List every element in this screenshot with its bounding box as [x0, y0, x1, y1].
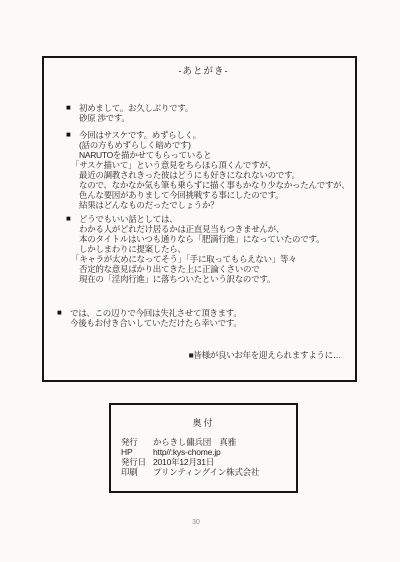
bullet-square-icon: ■	[66, 103, 79, 113]
scanned-doujinshi-page: -あとがき- ■初めまして。お久しぶりです。砂原 渉です。■今回はサスケです。め…	[0, 0, 400, 562]
colophon-row: 発行日2010年12月31日	[121, 457, 296, 467]
afterword-box: -あとがき- ■初めまして。お久しぶりです。砂原 渉です。■今回はサスケです。め…	[42, 56, 357, 382]
text-line: わかる人がどれだけ居るかは正直見当もつきませんが、	[79, 224, 341, 234]
colophon-label: 発行日	[121, 457, 153, 467]
colophon-value: 2010年12月31日	[153, 457, 214, 467]
text-line: 初めまして。お久しぶりです。	[79, 103, 341, 113]
bullet-block: ■どうでもいい話としては、わかる人がどれだけ居るかは正直見当もつきませんが、本の…	[66, 214, 341, 284]
text-line: では、この辺りで今回は失礼させて頂きます。	[70, 308, 341, 318]
text-line: しかしまわりに提案したら、	[79, 244, 341, 254]
text-line: 色んな要因がありまして今回挑戦する事にしたのです。	[79, 190, 341, 200]
text-line: 今回はサスケです。めずらしく。	[79, 130, 341, 140]
text-line: 現在の「淫肉行進」に落ちついたという訳なのです。	[79, 274, 341, 284]
bullet-block: ■今回はサスケです。めずらしく。(話の方もめずらしく暗めです)NARUTOを描か…	[66, 130, 341, 210]
bullet-block: ■初めまして。お久しぶりです。砂原 渉です。	[66, 103, 341, 123]
bullet-square-icon: ■	[66, 130, 79, 140]
colophon-value: プリンティングイン株式会社	[153, 467, 259, 477]
page-number: 30	[0, 519, 392, 527]
text-line: (話の方もめずらしく暗めです)	[79, 140, 341, 150]
closing-line: ■皆様が良いお年を迎えられますように…	[66, 350, 341, 360]
colophon-value: からきし傭兵団 真雅	[153, 437, 236, 447]
colophon-label: 印刷	[121, 467, 153, 477]
bullet-square-icon: ■	[66, 214, 79, 224]
text-line: 「サスケ描いて」という意見をちらほら頂くんですが、	[71, 160, 341, 170]
text-line: NARUTOを描かせてもらっていると	[79, 150, 341, 160]
text-line: 結果はどんなものだったでしょうか？	[79, 200, 341, 210]
text-line: 否定的な意見ばかり出てきた上に正論くさいので	[79, 264, 341, 274]
text-line: 最近の調教されきった彼はどうにも好きになれないのです。	[79, 170, 341, 180]
colophon-row: 発行からきし傭兵団 真雅	[121, 437, 296, 447]
text-line: 「キャラが太めになってそう」「手に取ってもらえない」等々	[71, 254, 341, 264]
colophon-label: HP	[121, 447, 153, 457]
block-lines: どうでもいい話としては、わかる人がどれだけ居るかは正直見当もつきませんが、本のタ…	[79, 214, 341, 284]
afterword-blocks: ■初めまして。お久しぶりです。砂原 渉です。■今回はサスケです。めずらしく。(話…	[66, 103, 341, 328]
colophon-row: 印刷プリンティングイン株式会社	[121, 467, 296, 477]
colophon-title: 奥付	[111, 418, 296, 429]
colophon-label: 発行	[121, 437, 153, 447]
text-line: どうでもいい話としては、	[79, 214, 341, 224]
block-lines: 初めまして。お久しぶりです。砂原 渉です。	[79, 103, 341, 123]
text-line: 本のタイトルはいつも通りなら「肥満行進」になっていたのです。	[79, 234, 341, 244]
text-line: なので、なかなか気も筆も乗らずに描く事もかなり少なかったんですが、	[79, 180, 341, 190]
bullet-block: ■では、この辺りで今回は失礼させて頂きます。今後もお付き合いしていただけたら幸い…	[57, 308, 341, 328]
block-lines: 今回はサスケです。めずらしく。(話の方もめずらしく暗めです)NARUTOを描かせ…	[79, 130, 341, 210]
colophon-row: HPhttp//:kys-chome.jp	[121, 447, 296, 457]
text-line: 砂原 渉です。	[79, 113, 341, 123]
colophon-value: http//:kys-chome.jp	[153, 447, 221, 457]
bullet-square-icon: ■	[57, 308, 70, 318]
afterword-title: -あとがき-	[66, 66, 341, 77]
colophon-rows: 発行からきし傭兵団 真雅HPhttp//:kys-chome.jp発行日2010…	[111, 437, 296, 477]
text-line: 今後もお付き合いしていただけたら幸いです。	[70, 318, 341, 328]
block-lines: では、この辺りで今回は失礼させて頂きます。今後もお付き合いしていただけたら幸いで…	[70, 308, 341, 328]
colophon-box: 奥付 発行からきし傭兵団 真雅HPhttp//:kys-chome.jp発行日2…	[109, 403, 298, 493]
